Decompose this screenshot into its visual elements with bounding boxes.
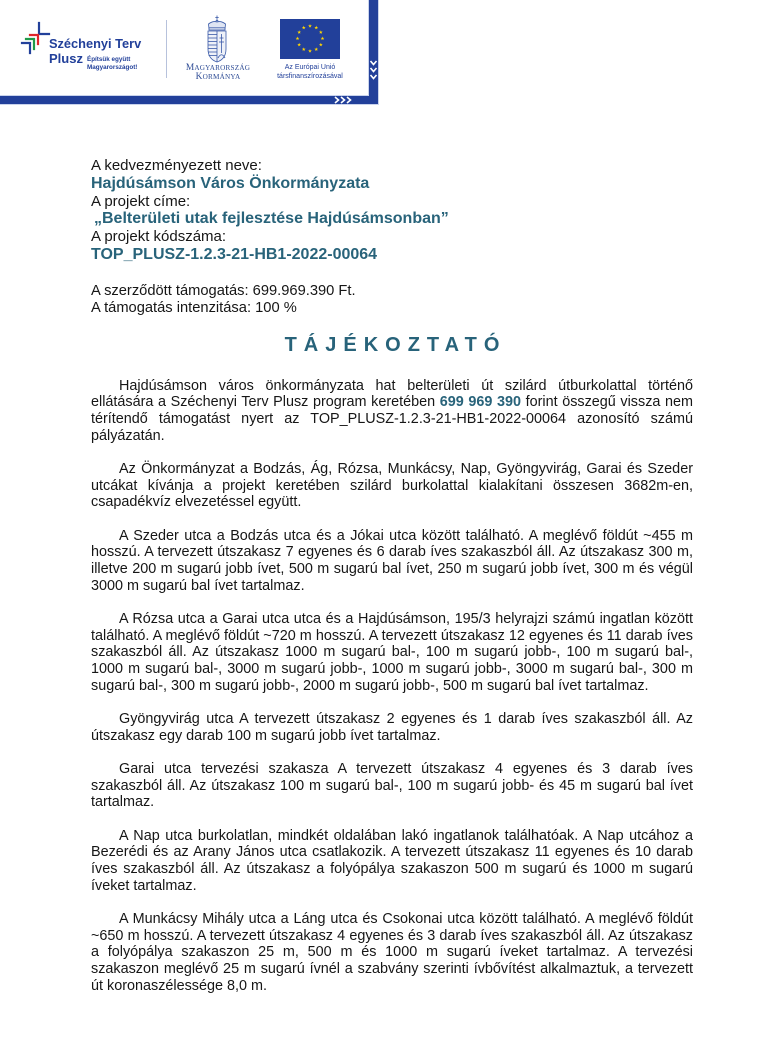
- notice-heading: TÁJÉKOZTATÓ: [91, 333, 693, 357]
- grant-intensity-label: A támogatás intenzitása:: [91, 300, 251, 316]
- government-logo-line1: MAGYARORSZÁG: [176, 64, 260, 73]
- grant-amount-highlight: 699 969 390: [440, 394, 521, 410]
- project-title: „Belterületi utak fejlesztése Hajdúsámso…: [91, 210, 711, 228]
- hungarian-coat-of-arms-icon: [205, 15, 229, 63]
- grant-amount-label: A szerződött támogatás:: [91, 283, 249, 299]
- project-info: A kedvezményezett neve: Hajdúsámson Váro…: [91, 157, 711, 264]
- eu-logo-line1: Az Európai Unió: [262, 64, 358, 73]
- notice-paragraph-streets: Az Önkormányzat a Bodzás, Ág, Rózsa, Mun…: [91, 461, 693, 511]
- notice-paragraph-garai-utca: Garai utca tervezési szakasza A tervezet…: [91, 761, 693, 811]
- notice-paragraph-munkacsy-utca: A Munkácsy Mihály utca a Láng utca és Cs…: [91, 911, 693, 994]
- notice-paragraph-gyongyvirag-utca: Gyöngyvirág utca A tervezett útszakasz 2…: [91, 711, 693, 744]
- grant-info: A szerződött támogatás: 699.969.390 Ft. …: [91, 283, 711, 317]
- szechenyi-logo-tagline: Építsük együtt Magyarországot!: [87, 56, 137, 71]
- szechenyi-logo-plus: Plusz: [49, 52, 83, 65]
- beneficiary-name: Hajdúsámson Város Önkormányzata: [91, 175, 711, 193]
- eu-flag-icon: [280, 19, 340, 59]
- project-code: TOP_PLUSZ-1.2.3-21-HB1-2022-00064: [91, 246, 711, 264]
- tagline-line2: Magyarországot!: [87, 64, 137, 72]
- document-page: Széchenyi Terv Plusz Építsük együtt Magy…: [0, 0, 768, 1050]
- tagline-line1: Építsük együtt: [87, 56, 137, 64]
- eu-logo-text: Az Európai Unió társfinanszírozásával: [262, 64, 358, 81]
- government-logo-line2: KORMÁNYA: [176, 73, 260, 82]
- beneficiary-label: A kedvezményezett neve:: [91, 157, 711, 175]
- grant-amount-line: A szerződött támogatás: 699.969.390 Ft.: [91, 283, 711, 300]
- grant-intensity-line: A támogatás intenzitása: 100 %: [91, 300, 711, 317]
- notice-paragraph-nap-utca: A Nap utca burkolatlan, mindkét oldalába…: [91, 828, 693, 895]
- government-logo-text: MAGYARORSZÁG KORMÁNYA: [176, 64, 260, 81]
- notice-paragraph-funding: Hajdúsámson város önkormányzata hat belt…: [91, 378, 693, 445]
- grant-intensity-value: 100 %: [255, 300, 297, 316]
- project-title-label: A projekt címe:: [91, 193, 711, 211]
- notice-paragraph-rozsa-utca: A Rózsa utca a Garai utca utca és a Hajd…: [91, 611, 693, 694]
- notice-paragraph-szeder-utca: A Szeder utca a Bodzás utca és a Jókai u…: [91, 528, 693, 595]
- grant-amount-value: 699.969.390 Ft.: [253, 283, 356, 299]
- szechenyi-logo-name: Széchenyi Terv: [49, 37, 141, 50]
- project-code-label: A projekt kódszáma:: [91, 228, 711, 246]
- logo-divider: [166, 20, 167, 78]
- eu-logo-line2: társfinanszírozásával: [262, 73, 358, 82]
